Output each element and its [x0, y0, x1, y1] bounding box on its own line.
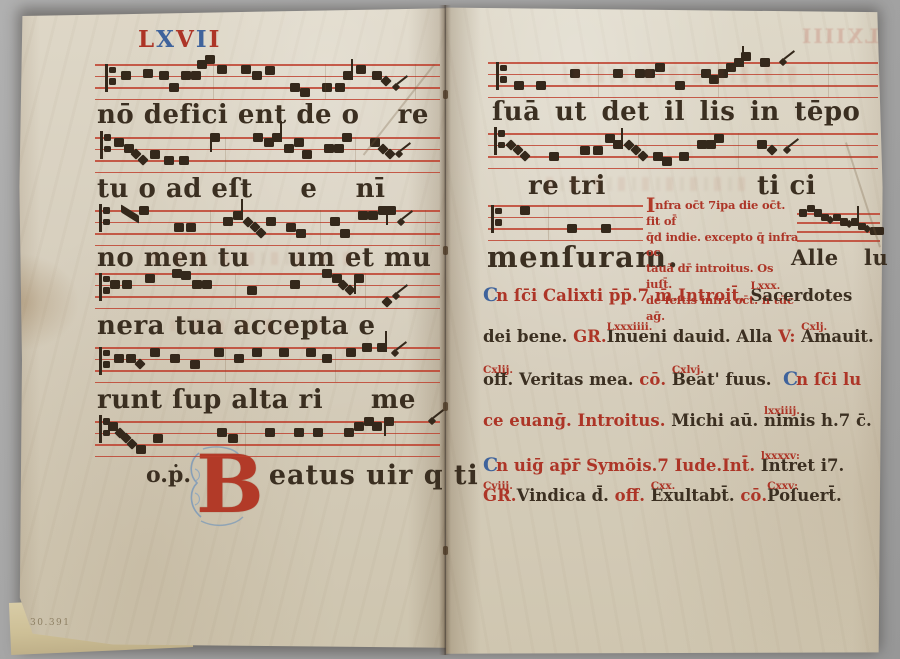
staff-line [488, 228, 643, 230]
ruling-line [365, 273, 366, 308]
ink-show-through [558, 66, 796, 83]
folio-number: LXVII [138, 26, 221, 53]
ruling-line [395, 421, 396, 456]
ruling-line [325, 64, 326, 99]
clef-square [103, 287, 110, 294]
neume-square [186, 223, 196, 232]
staff-line [95, 308, 440, 310]
neume-square [191, 71, 201, 80]
neume-stem [354, 280, 356, 294]
staff-line [488, 62, 878, 64]
staff-line [488, 145, 878, 147]
neume-stem [621, 128, 623, 149]
neume-square [153, 434, 163, 443]
clef-square [495, 219, 502, 226]
neume-square [114, 138, 124, 147]
text-segment: cō. [639, 370, 672, 389]
neume-square [330, 217, 340, 226]
staff-line [488, 97, 878, 99]
neume-square [114, 354, 124, 363]
clef-square [500, 65, 507, 72]
rubric-initial: I [646, 193, 655, 217]
neume-square [302, 150, 312, 159]
staff-line [797, 222, 880, 224]
neume-stem [210, 138, 212, 152]
rubric-line: Infra oc̄t 7ipa die oc̄t. fit of̄ [646, 198, 802, 230]
neume-stem [351, 59, 353, 80]
clef-square [103, 350, 110, 357]
decorated-initial: B [196, 449, 264, 519]
neume-square [290, 83, 300, 92]
accession-number: 30.391 [30, 618, 71, 628]
neume-square [265, 66, 275, 75]
neume-square [252, 348, 262, 357]
ruling-line [245, 421, 246, 456]
neume-square [300, 88, 310, 97]
folio-letter: L [138, 26, 156, 53]
neume-stem [384, 422, 386, 436]
staff-line [95, 285, 440, 287]
neume-stem [385, 331, 387, 352]
neume-square [876, 227, 884, 234]
neume-square [202, 280, 212, 289]
music-stave [95, 210, 440, 249]
incipit-continuation: eatus uir q ti [269, 460, 479, 491]
clef-square [109, 67, 116, 74]
neume-square [241, 65, 251, 74]
staff-line [95, 87, 440, 89]
neume-square [340, 229, 350, 238]
staff-line [488, 205, 643, 207]
neume-square [110, 280, 120, 289]
index-entry-row: ce euanḡ. Introitus. Michi aū. lxxiiij.n… [483, 411, 883, 430]
neume-square [228, 434, 238, 443]
staff-line [95, 444, 440, 446]
neume-square [136, 445, 146, 454]
clef-square [109, 78, 116, 85]
clef-square [104, 134, 111, 141]
neume-square [234, 354, 244, 363]
music-stave [488, 133, 878, 172]
music-stave [797, 213, 880, 244]
custos [395, 150, 403, 158]
ruling-line [355, 137, 356, 172]
ink-show-through [540, 177, 745, 191]
neume-square [174, 223, 184, 232]
neume-square [335, 83, 345, 92]
neume-square [322, 269, 332, 278]
neume-square [159, 71, 169, 80]
ruling-line [335, 347, 336, 382]
ruling-line [548, 205, 549, 240]
neume-square [169, 83, 179, 92]
neume-square [181, 71, 191, 80]
neume-square [205, 55, 215, 64]
neume-square [294, 428, 304, 437]
custos [392, 83, 400, 91]
neume-diamond [134, 359, 145, 370]
text-segment: Michi aū. [671, 411, 764, 430]
clef-square [103, 219, 110, 226]
staff-line [95, 172, 440, 174]
neume-square [306, 348, 316, 357]
text-segment: n ſc̄i lu [796, 370, 861, 389]
incipit-abbreviation: o.ṗ. [146, 462, 191, 488]
neume-square [296, 229, 306, 238]
music-stave [95, 421, 440, 460]
music-stave [95, 347, 440, 386]
neume-square [217, 428, 227, 437]
chant-text-line: lu [864, 245, 888, 270]
neume-square [139, 206, 149, 215]
neume-square [580, 146, 590, 155]
staff-line [488, 240, 643, 242]
neume-stem [386, 211, 388, 225]
neume-square [322, 83, 332, 92]
index-entry-row: Cxlij.off̄. Veritas mea. cō. Cxlvj.Beat'… [483, 368, 883, 390]
folio-letter: X [156, 26, 176, 53]
ink-show-through [170, 320, 320, 331]
neume-square [741, 52, 751, 61]
text-segment: off̄. [615, 486, 651, 505]
neume-square [252, 71, 262, 80]
neume-square [757, 140, 767, 149]
ruling-line [235, 273, 236, 308]
neume-square [358, 211, 368, 220]
neume-square [334, 144, 344, 153]
staff-line [488, 217, 643, 219]
clef-square [500, 76, 507, 83]
music-stave [95, 273, 440, 312]
neume-square [290, 280, 300, 289]
neume-square [520, 206, 530, 215]
music-stave [95, 137, 440, 176]
text-segment: dei bene. [483, 327, 573, 346]
incipit-line: o.ṗ. B eatus uir q ti [146, 449, 479, 519]
staff-line [95, 456, 440, 458]
chant-text-line: ſuā ut det il lis in tēpo [492, 97, 860, 127]
ruling-line [213, 64, 214, 99]
neume-square [313, 428, 323, 437]
clef-bar [496, 62, 499, 90]
index-entry-row: dei bene. GR.Lxxxiiii.Inueni dauid. Alla… [483, 327, 883, 346]
neume-square [164, 156, 174, 165]
clef-square [103, 207, 110, 214]
neume-square [362, 343, 372, 352]
neume-square [286, 223, 296, 232]
neume-square [322, 354, 332, 363]
clef-bar [105, 64, 108, 92]
neume-stem [241, 199, 243, 220]
neume-square [714, 134, 724, 143]
clef-bar [99, 415, 102, 443]
custos-tail [788, 138, 799, 147]
neume-square [324, 144, 334, 153]
text-segment: n uiḡ ap̄r̄ Symōis.7 Iude.Int̄. [496, 456, 761, 475]
text-segment: Vindica d̄. [517, 486, 615, 505]
ruling-line [638, 133, 639, 168]
staff-line [95, 382, 440, 384]
neume-square [179, 156, 189, 165]
text-segment: V: [778, 327, 801, 346]
ruling-line [738, 133, 739, 168]
neume-square [342, 133, 352, 142]
clef-bar [100, 131, 103, 159]
clef-bar [99, 347, 102, 375]
neume-square [214, 348, 224, 357]
ruling-line [225, 347, 226, 382]
neume-diamond [766, 145, 777, 156]
neume-square [143, 69, 153, 78]
ruling-line [320, 210, 321, 245]
folio-letter: V [176, 26, 196, 53]
neume-square [190, 360, 200, 369]
neume-square [356, 65, 366, 74]
neume-square [344, 428, 354, 437]
neume-diamond [380, 76, 391, 87]
neume-square [122, 280, 132, 289]
staff-line [95, 370, 440, 372]
neume-square [346, 348, 356, 357]
ruling-line [425, 210, 426, 245]
manuscript-photograph: LXVII LXIIII 30.391 ſuā ut det il lis in… [0, 0, 900, 659]
neume-square [368, 211, 378, 220]
center-fold [439, 5, 451, 655]
binding-stitch [443, 246, 448, 255]
chant-text-line: runt ſup alta ri me [97, 385, 416, 415]
folio-letter: I [196, 26, 209, 53]
staff-line [95, 245, 440, 247]
staff-line [95, 99, 440, 101]
staff-line [95, 233, 440, 235]
neume-square [247, 286, 257, 295]
binding-stitch [443, 402, 448, 411]
clef-bar [494, 127, 497, 155]
neume-square [253, 133, 263, 142]
chant-text-line: nō defici ent de o re [97, 100, 429, 130]
neume-square [294, 138, 304, 147]
neume-square [150, 348, 160, 357]
index-entry-row: Cviij.GR.Vindica d̄. off̄. Cxx.Exultabt̄… [483, 486, 883, 505]
neume-square [217, 65, 227, 74]
neume-square [593, 146, 603, 155]
custos-tail [400, 142, 411, 151]
custos [392, 292, 400, 300]
ruling-line [415, 64, 416, 99]
neume-square [679, 152, 689, 161]
neume-square [145, 274, 155, 283]
clef-bar [99, 273, 102, 301]
staff-line [95, 359, 440, 361]
neume-square [514, 81, 524, 90]
clef-square [103, 276, 110, 283]
neume-stem [280, 121, 282, 142]
ruling-line [828, 62, 829, 97]
staff-line [95, 347, 440, 349]
neume-square [284, 144, 294, 153]
binding-stitch [443, 90, 448, 99]
neume-square [567, 224, 577, 233]
neume-square [126, 354, 136, 363]
neume-square [354, 422, 364, 431]
folio-letter: I [209, 26, 222, 53]
text-segment: ce euanḡ. Introitus. [483, 411, 671, 430]
ruling-line [225, 137, 226, 172]
staff-line [488, 168, 878, 170]
ghost-folio-number: LXIIII [800, 24, 879, 48]
neume-square [662, 157, 672, 166]
neume-square [265, 428, 275, 437]
staff-line [797, 240, 880, 242]
custos [783, 146, 791, 154]
clef-bar [491, 205, 494, 233]
neume-square [372, 71, 382, 80]
neume-square [372, 422, 382, 431]
clef-bar [99, 204, 102, 232]
neume-square [223, 217, 233, 226]
neume-square [536, 81, 546, 90]
index-entry-row: Cn ſc̄i Calixti p̄p̄.7 m̄.Introit̄. Lxxx… [483, 284, 883, 306]
ruling-line [210, 210, 211, 245]
text-segment: cō. [740, 486, 767, 505]
text-segment: GR. [573, 327, 607, 346]
neume-square [181, 271, 191, 280]
text-segment: Alla [736, 327, 778, 346]
neume-square [121, 71, 131, 80]
neume-square [601, 224, 611, 233]
custos [391, 349, 399, 357]
neume-square [279, 348, 289, 357]
clef-square [498, 130, 505, 137]
clef-square [495, 208, 502, 215]
index-entry-row: Cn uiḡ ap̄r̄ Symōis.7 Iude.Int̄. lxxxxv:… [483, 454, 883, 476]
chant-text-line: ti ci [757, 171, 816, 201]
clef-square [498, 142, 505, 149]
binding-stitch [443, 546, 448, 555]
text-segment: n ſc̄i Calixti p̄p̄.7 m̄.Introit̄. [496, 286, 750, 305]
neume-diamond [381, 296, 392, 307]
staff-line [488, 133, 878, 135]
ink-show-through [150, 252, 350, 265]
neume-square [150, 150, 160, 159]
neume-square [799, 209, 807, 216]
neume-square [549, 152, 559, 161]
clef-square [104, 146, 111, 153]
neume-square [266, 217, 276, 226]
music-stave [95, 64, 440, 103]
rubric-line: q̄d indie. excepto q̄ infra oc [646, 230, 802, 262]
music-stave [488, 205, 643, 244]
neume-square [192, 280, 202, 289]
neume-square [170, 354, 180, 363]
clef-square [103, 361, 110, 368]
